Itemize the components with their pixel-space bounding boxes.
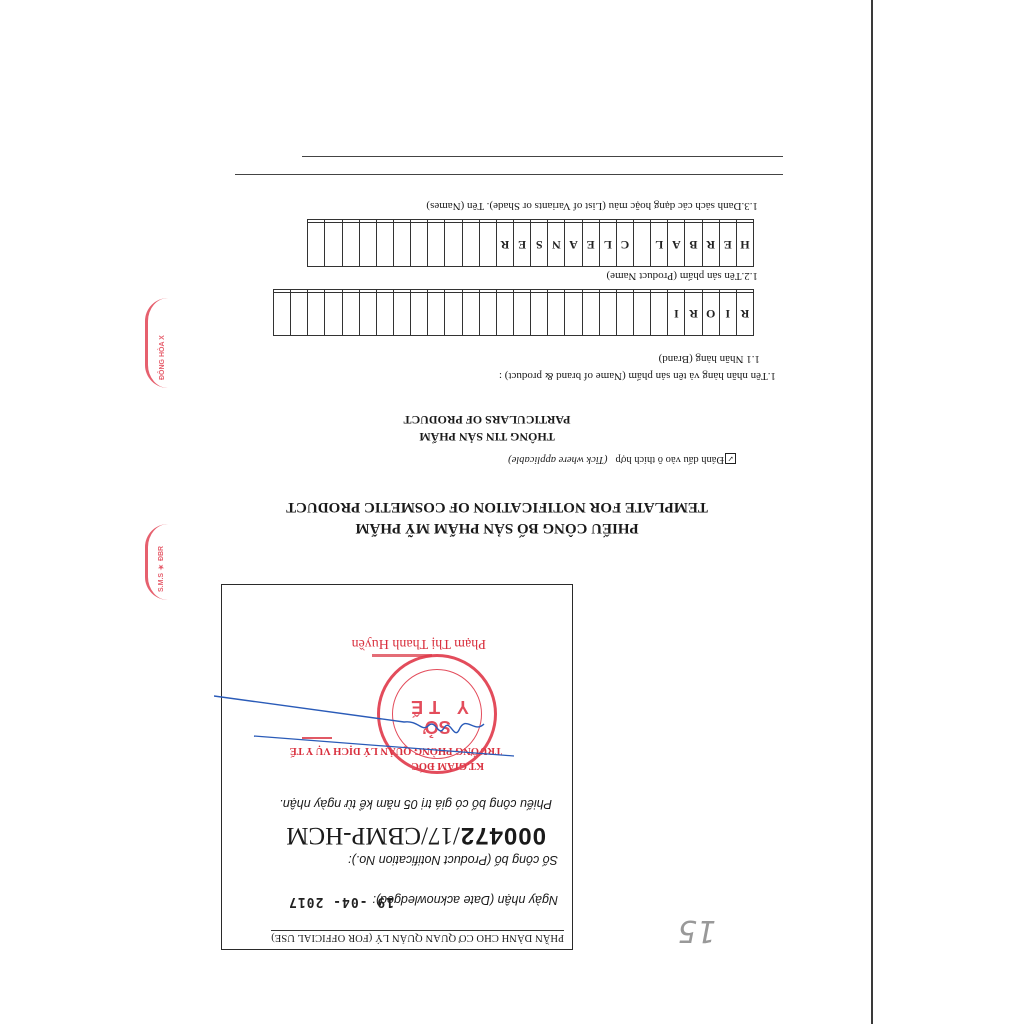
stamp-text-yte: Y TẾ bbox=[380, 696, 494, 717]
product-cell: A bbox=[565, 222, 582, 266]
product-blank-cell bbox=[308, 220, 325, 223]
handwritten-page-number: 15 bbox=[678, 913, 716, 948]
edge-seal-text: S.M.S ★ ĐBR bbox=[158, 546, 166, 592]
stamp-mark bbox=[302, 737, 332, 739]
scanned-document-page: PHẦN DÀNH CHO CƠ QUAN QUẢN LÝ (FOR OFFIC… bbox=[0, 0, 1024, 1024]
brand-cell bbox=[514, 292, 531, 335]
product-cell: H bbox=[736, 222, 753, 266]
product-cell: R bbox=[496, 222, 513, 266]
brand-cell bbox=[274, 292, 291, 335]
brand-blank-cell bbox=[531, 290, 548, 293]
brand-blank-cell bbox=[702, 290, 719, 293]
product-blank-cell bbox=[359, 220, 376, 223]
document-title-en: TEMPLATE FOR NOTIFICATION OF COSMETIC PR… bbox=[0, 498, 1024, 515]
brand-blank-cell bbox=[736, 290, 753, 293]
product-cell bbox=[445, 222, 462, 266]
product-cell: C bbox=[616, 222, 633, 266]
product-name-grid: HERBALCLEANSER bbox=[307, 219, 754, 267]
product-blank-cell bbox=[685, 220, 702, 223]
official-use-header: PHẦN DÀNH CHO CƠ QUAN QUẢN LÝ (FOR OFFIC… bbox=[271, 930, 564, 943]
variants-answer-line-1 bbox=[235, 174, 783, 175]
product-blank-cell bbox=[531, 220, 548, 223]
product-cell bbox=[462, 222, 479, 266]
brand-blank-cell bbox=[496, 290, 513, 293]
brand-cell bbox=[376, 292, 393, 335]
product-blank-cell bbox=[719, 220, 736, 223]
brand-cell bbox=[428, 292, 445, 335]
brand-blank-cell bbox=[462, 290, 479, 293]
brand-blank-cell bbox=[616, 290, 633, 293]
product-blank-cell bbox=[548, 220, 565, 223]
brand-blank-cell bbox=[428, 290, 445, 293]
brand-blank-cell bbox=[394, 290, 411, 293]
brand-cell bbox=[599, 292, 616, 335]
brand-cell bbox=[445, 292, 462, 335]
product-cell: E bbox=[719, 222, 736, 266]
product-blank-cell bbox=[651, 220, 668, 223]
notification-number: 000472/17/CBMP-HCM bbox=[286, 821, 546, 849]
brand-blank-cell bbox=[548, 290, 565, 293]
validity-note: Phiếu công bố có giá trị 05 năm kể từ ng… bbox=[279, 797, 552, 811]
brand-blank-cell bbox=[599, 290, 616, 293]
brand-cell bbox=[496, 292, 513, 335]
product-blank-cell bbox=[342, 220, 359, 223]
field-1-2-label: 1.2.Tên sản phẩm (Product Name) bbox=[606, 270, 758, 282]
brand-blank-cell bbox=[651, 290, 668, 293]
section-title-vn: THÔNG TIN SẢN PHẨM bbox=[0, 429, 1024, 444]
brand-cell bbox=[308, 292, 325, 335]
product-cell bbox=[634, 222, 651, 266]
brand-cell bbox=[359, 292, 376, 335]
product-blank-cell bbox=[445, 220, 462, 223]
official-round-stamp: SỞ Y TẾ bbox=[377, 654, 497, 774]
product-cell bbox=[411, 222, 428, 266]
brand-blank-cell bbox=[291, 290, 308, 293]
product-cell: L bbox=[651, 222, 668, 266]
product-cell: L bbox=[599, 222, 616, 266]
product-grid-row-letters: HERBALCLEANSER bbox=[308, 222, 754, 266]
product-blank-cell bbox=[565, 220, 582, 223]
product-blank-cell bbox=[668, 220, 685, 223]
product-blank-cell bbox=[411, 220, 428, 223]
brand-cell bbox=[548, 292, 565, 335]
product-blank-cell bbox=[462, 220, 479, 223]
edge-seal-text: ĐÔNG HÒA X bbox=[159, 335, 166, 380]
product-blank-cell bbox=[514, 220, 531, 223]
brand-cell bbox=[342, 292, 359, 335]
brand-cell bbox=[616, 292, 633, 335]
product-cell: S bbox=[531, 222, 548, 266]
brand-blank-cell bbox=[325, 290, 342, 293]
product-cell: E bbox=[582, 222, 599, 266]
brand-cell: R bbox=[736, 292, 753, 335]
brand-blank-cell bbox=[274, 290, 291, 293]
product-cell: R bbox=[702, 222, 719, 266]
product-blank-cell bbox=[479, 220, 496, 223]
product-cell bbox=[308, 222, 325, 266]
product-cell: N bbox=[548, 222, 565, 266]
product-blank-cell bbox=[394, 220, 411, 223]
product-cell bbox=[359, 222, 376, 266]
product-blank-cell bbox=[736, 220, 753, 223]
product-cell: A bbox=[668, 222, 685, 266]
brand-cell bbox=[651, 292, 668, 335]
brand-blank-cell bbox=[685, 290, 702, 293]
product-blank-cell bbox=[582, 220, 599, 223]
brand-cell bbox=[582, 292, 599, 335]
brand-cell bbox=[634, 292, 651, 335]
brand-cell bbox=[411, 292, 428, 335]
brand-blank-cell bbox=[514, 290, 531, 293]
section-title-en: PARTICULARS OF PRODUCT bbox=[0, 412, 1024, 427]
brand-grid-row-letters: RIORI bbox=[274, 292, 754, 335]
brand-blank-cell bbox=[445, 290, 462, 293]
notification-number-label: Số công bố (Product Notification No.): bbox=[348, 853, 558, 867]
product-blank-cell bbox=[702, 220, 719, 223]
brand-blank-cell bbox=[359, 290, 376, 293]
stamp-text-so: SỞ bbox=[380, 716, 494, 737]
edge-seal-stamp: ĐÔNG HÒA X bbox=[145, 298, 168, 388]
date-acknowledged-label: Ngày nhận (Date acknowledged): bbox=[372, 893, 558, 907]
brand-cell bbox=[565, 292, 582, 335]
signatory-name: Phạm Thị Thanh Huyền bbox=[352, 635, 486, 651]
product-cell bbox=[479, 222, 496, 266]
date-acknowledged-value: 19 -04- 2017 bbox=[288, 894, 394, 909]
brand-cell: I bbox=[668, 292, 685, 335]
product-blank-cell bbox=[496, 220, 513, 223]
product-blank-cell bbox=[599, 220, 616, 223]
product-cell bbox=[428, 222, 445, 266]
notification-number-stamped: 000472 bbox=[460, 822, 546, 849]
field-1-3-label: 1.3.Danh sách các dạng hoặc màu (List of… bbox=[426, 200, 758, 212]
brand-cell bbox=[291, 292, 308, 335]
edge-seal-stamp: S.M.S ★ ĐBR bbox=[145, 524, 168, 600]
product-cell bbox=[394, 222, 411, 266]
field-1-label: 1.Tên nhãn hàng và tên sản phẩm (Name of… bbox=[499, 370, 776, 382]
product-cell bbox=[342, 222, 359, 266]
product-cell: B bbox=[685, 222, 702, 266]
brand-blank-cell bbox=[719, 290, 736, 293]
brand-cell bbox=[325, 292, 342, 335]
brand-blank-cell bbox=[565, 290, 582, 293]
variants-answer-line-2 bbox=[302, 156, 783, 157]
notification-number-suffix: /17/CBMP-HCM bbox=[286, 822, 460, 849]
brand-blank-cell bbox=[668, 290, 685, 293]
brand-blank-cell bbox=[342, 290, 359, 293]
brand-blank-cell bbox=[582, 290, 599, 293]
product-cell: E bbox=[514, 222, 531, 266]
brand-cell: I bbox=[719, 292, 736, 335]
brand-blank-cell bbox=[634, 290, 651, 293]
brand-grid: RIORI bbox=[273, 289, 754, 336]
brand-cell bbox=[479, 292, 496, 335]
brand-cell: R bbox=[685, 292, 702, 335]
brand-blank-cell bbox=[411, 290, 428, 293]
product-blank-cell bbox=[634, 220, 651, 223]
official-use-box: PHẦN DÀNH CHO CƠ QUAN QUẢN LÝ (FOR OFFIC… bbox=[221, 584, 573, 950]
brand-blank-cell bbox=[479, 290, 496, 293]
brand-cell bbox=[462, 292, 479, 335]
brand-grid-row-blank bbox=[274, 290, 754, 293]
product-blank-cell bbox=[325, 220, 342, 223]
brand-blank-cell bbox=[308, 290, 325, 293]
brand-cell bbox=[394, 292, 411, 335]
product-cell bbox=[325, 222, 342, 266]
product-blank-cell bbox=[428, 220, 445, 223]
product-grid-row-blank bbox=[308, 220, 754, 223]
checkbox-icon: ✓ bbox=[725, 453, 736, 464]
brand-cell: O bbox=[702, 292, 719, 335]
field-1-1-label: 1.1 Nhãn hàng (Brand) bbox=[659, 353, 760, 365]
brand-cell bbox=[531, 292, 548, 335]
product-cell bbox=[376, 222, 393, 266]
brand-blank-cell bbox=[376, 290, 393, 293]
tick-instruction-vn: Đánh dấu vào ô thích hợp bbox=[616, 454, 725, 465]
product-blank-cell bbox=[616, 220, 633, 223]
product-blank-cell bbox=[376, 220, 393, 223]
tick-instruction: ✓Đánh dấu vào ô thích hợp(Tick where app… bbox=[508, 453, 736, 465]
tick-instruction-en: (Tick where applicable) bbox=[508, 454, 607, 465]
